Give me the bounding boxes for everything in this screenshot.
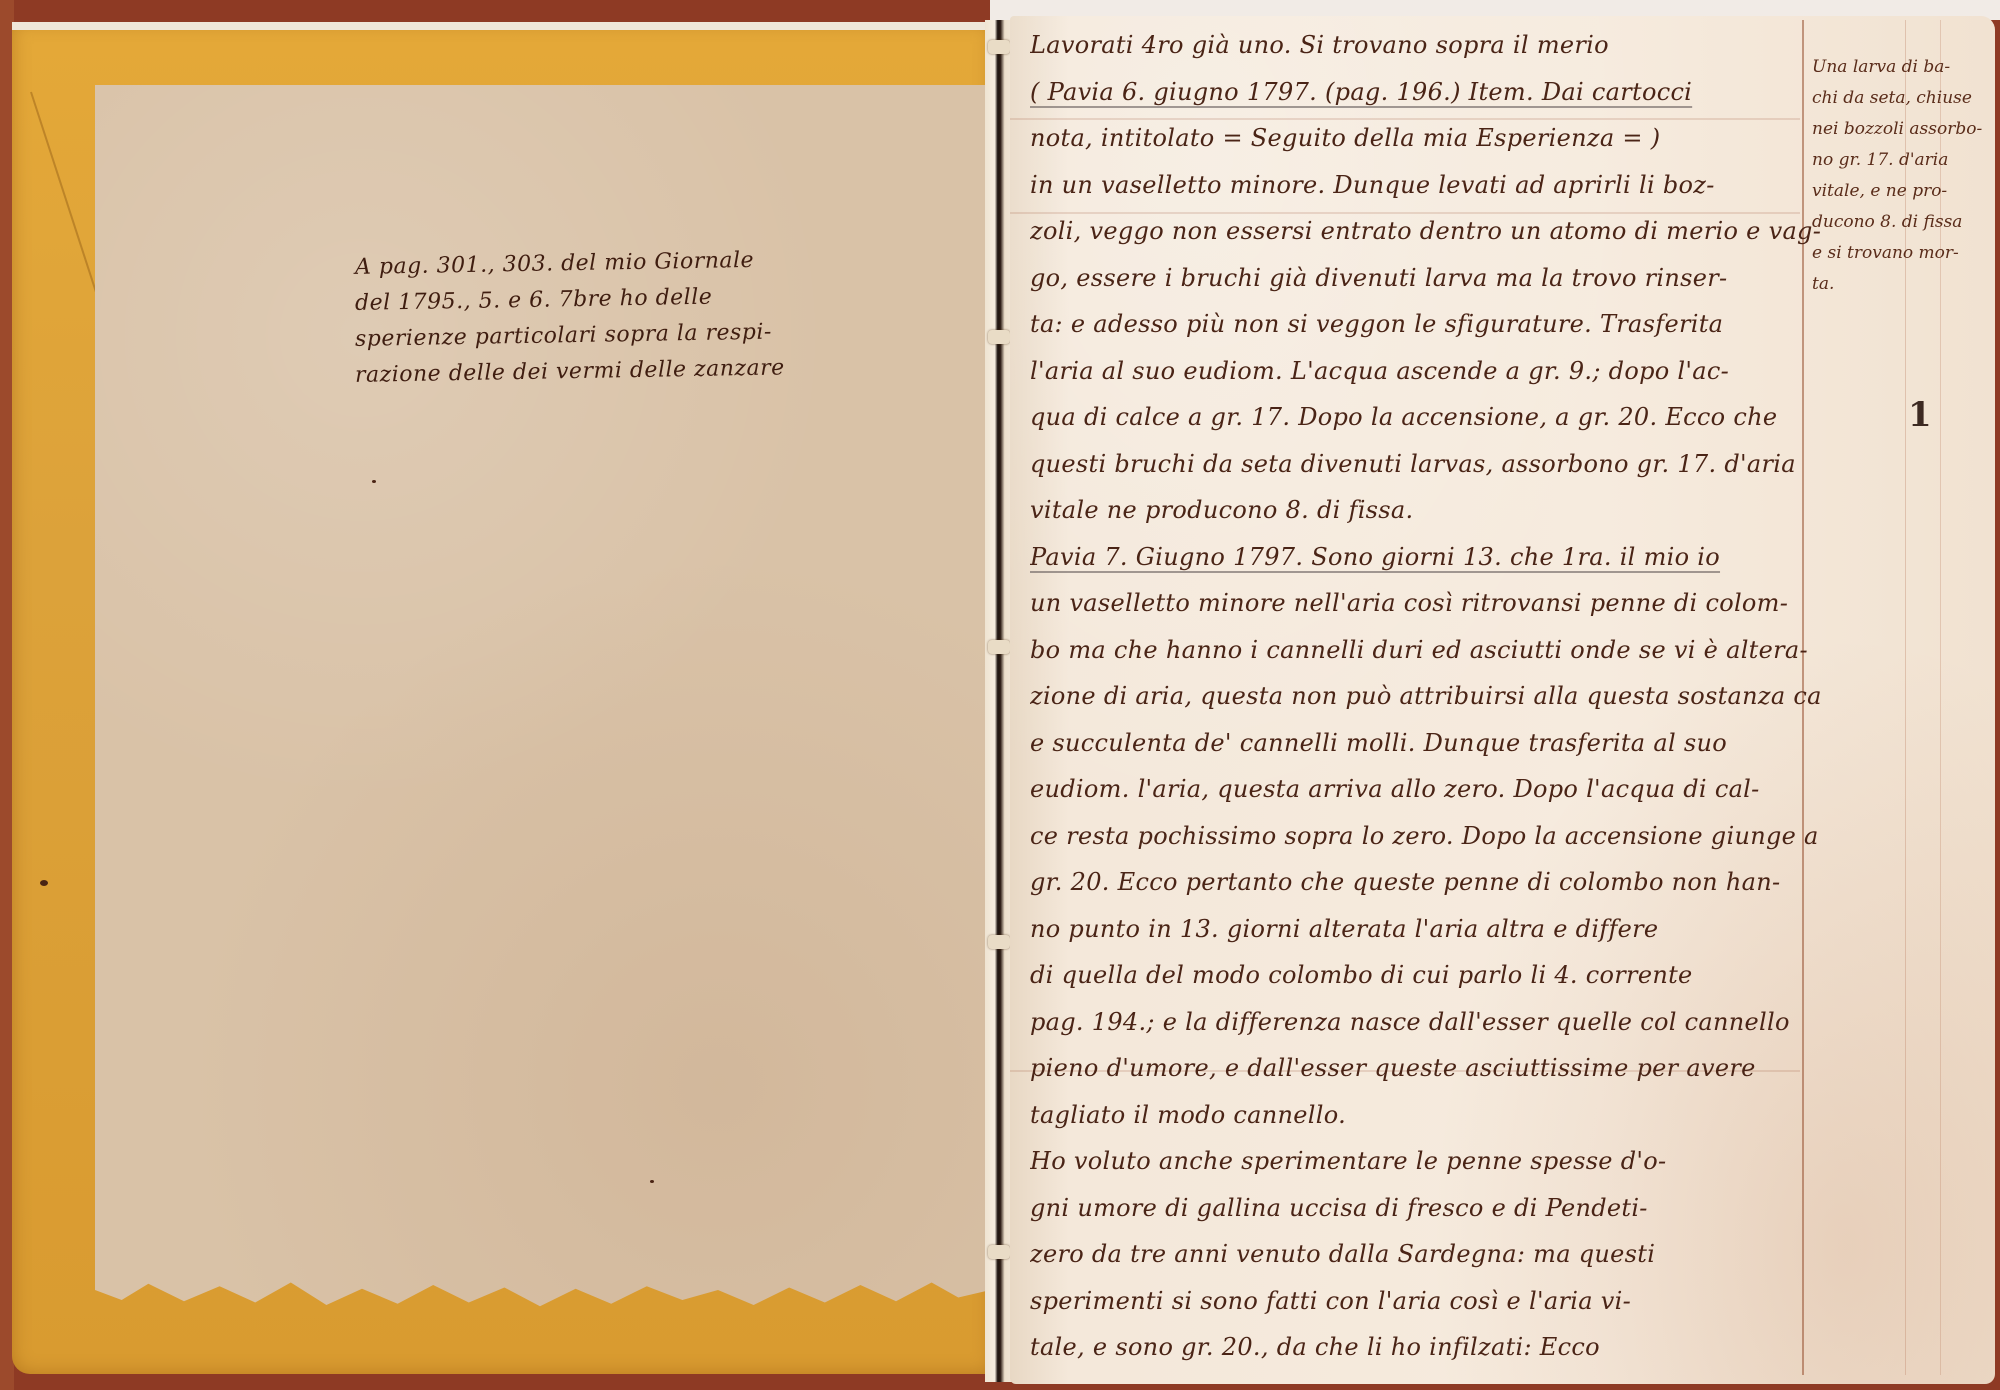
text-line: ce resta pochissimo sopra lo zero. Dopo … xyxy=(1030,813,1820,860)
margin-note-line: ta. xyxy=(1812,269,1992,300)
page-number: 1 xyxy=(1908,395,1932,435)
margin-note-line: ducono 8. di fissa xyxy=(1812,207,1992,238)
binding-stitch xyxy=(988,935,1010,949)
text-line: in un vaselletto minore. Dunque levati a… xyxy=(1030,162,1820,209)
text-line: zione di aria, questa non può attribuirs… xyxy=(1030,673,1820,720)
margin-note-line: Una larva di ba- xyxy=(1812,52,1992,83)
text-line: questi bruchi da seta divenuti larvas, a… xyxy=(1030,441,1820,488)
text-line: qua di calce a gr. 17. Dopo la accension… xyxy=(1030,394,1820,441)
text-line: tale, e sono gr. 20., da che li ho infil… xyxy=(1030,1324,1820,1371)
binding-stitch xyxy=(988,40,1010,54)
text-line: pieno d'umore, e dall'esser queste asciu… xyxy=(1030,1045,1820,1092)
text-line: l'aria al suo eudiom. L'acqua ascende a … xyxy=(1030,348,1820,395)
margin-note-line: vitale, e ne pro- xyxy=(1812,176,1992,207)
binding-stitch xyxy=(988,640,1010,654)
text-line-dated: ( Pavia 6. giugno 1797. (pag. 196.) Item… xyxy=(1030,69,1820,116)
ink-speck xyxy=(372,480,376,483)
text-line: di quella del modo colombo di cui parlo … xyxy=(1030,952,1820,999)
binding-stitch xyxy=(988,330,1010,344)
text-line: ta: e adesso più non si veggon le sfigur… xyxy=(1030,301,1820,348)
binding-stitch xyxy=(988,1245,1010,1259)
manuscript-body-text: Lavorati 4ro già uno. Si trovano sopra i… xyxy=(1030,22,1820,1371)
text-line: e succulenta de' cannelli molli. Dunque … xyxy=(1030,720,1820,767)
ink-speck xyxy=(40,880,48,886)
text-line: Lavorati 4ro già uno. Si trovano sopra i… xyxy=(1030,22,1820,69)
cover-note: A pag. 301., 303. del mio Giornale del 1… xyxy=(355,245,915,389)
text-line: bo ma che hanno i cannelli duri ed asciu… xyxy=(1030,627,1820,674)
text-line: Ho voluto anche sperimentare le penne sp… xyxy=(1030,1138,1820,1185)
text-line: zoli, veggo non essersi entrato dentro u… xyxy=(1030,208,1820,255)
text-line: nota, intitolato = Seguito della mia Esp… xyxy=(1030,115,1820,162)
margin-note-line: e si trovano mor- xyxy=(1812,238,1992,269)
ink-speck xyxy=(650,1180,654,1183)
spine-gutter xyxy=(985,20,1013,1382)
text-line: no punto in 13. giorni alterata l'aria a… xyxy=(1030,906,1820,953)
margin-note-line: nei bozzoli assorbo- xyxy=(1812,114,1992,145)
text-line: vitale ne producono 8. di fissa. xyxy=(1030,487,1820,534)
text-line: zero da tre anni venuto dalla Sardegna: … xyxy=(1030,1231,1820,1278)
marginal-annotation: Una larva di ba- chi da seta, chiuse nei… xyxy=(1812,52,1992,300)
margin-note-line: chi da seta, chiuse xyxy=(1812,83,1992,114)
text-line: eudiom. l'aria, questa arriva allo zero.… xyxy=(1030,766,1820,813)
text-line: go, essere i bruchi già divenuti larva m… xyxy=(1030,255,1820,302)
text-line: sperimenti si sono fatti con l'aria così… xyxy=(1030,1278,1820,1325)
text-line: pag. 194.; e la differenza nasce dall'es… xyxy=(1030,999,1820,1046)
text-line: gr. 20. Ecco pertanto che queste penne d… xyxy=(1030,859,1820,906)
margin-note-line: no gr. 17. d'aria xyxy=(1812,145,1992,176)
text-line: un vaselletto minore nell'aria così ritr… xyxy=(1030,580,1820,627)
text-line: tagliato il modo cannello. xyxy=(1030,1092,1820,1139)
text-line: gni umore di gallina uccisa di fresco e … xyxy=(1030,1185,1820,1232)
text-line-dated: Pavia 7. Giugno 1797. Sono giorni 13. ch… xyxy=(1030,534,1820,581)
